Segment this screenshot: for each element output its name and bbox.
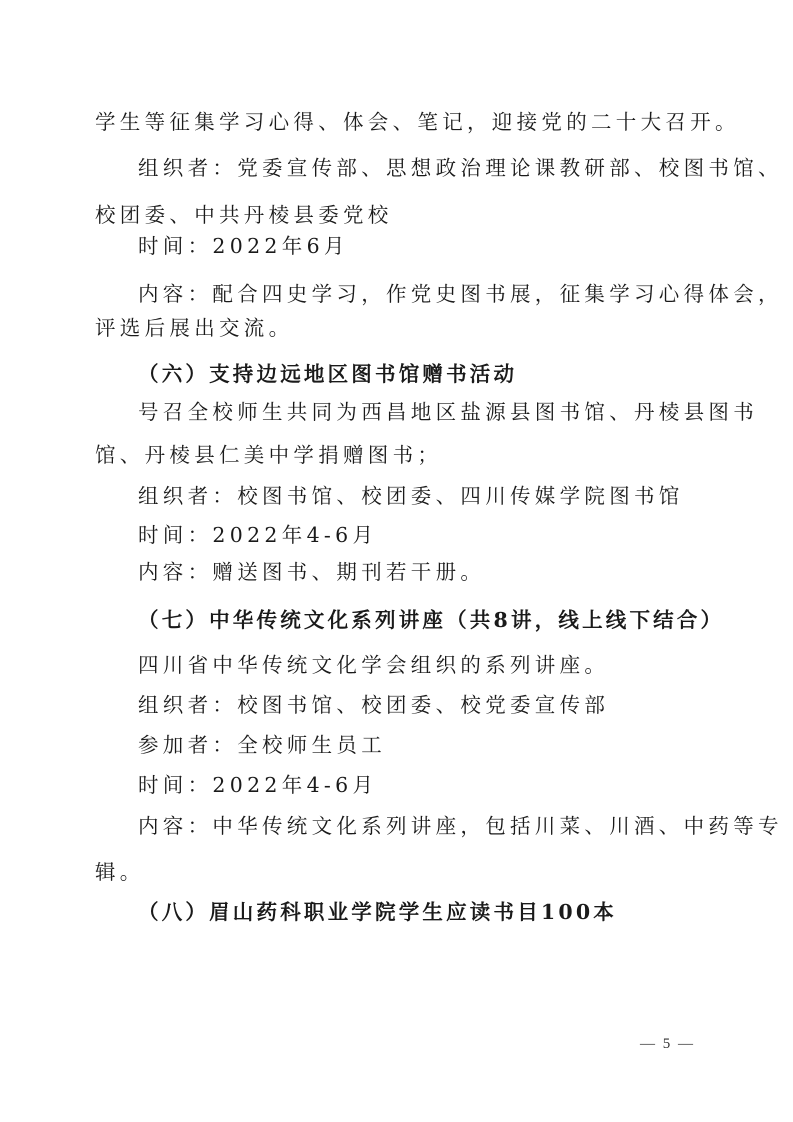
text-line: 号召全校师生共同为西昌地区盐源县图书馆、丹棱县图书 bbox=[138, 398, 758, 426]
text-line: 辑。 bbox=[95, 858, 145, 886]
page-number: — 5 — bbox=[640, 1036, 695, 1053]
text-line: 参加者：全校师生员工 bbox=[138, 731, 386, 759]
section-heading: （六）支持边远地区图书馆赠书活动 bbox=[138, 360, 517, 388]
text-line: 学生等征集学习心得、体会、笔记，迎接党的二十大召开。 bbox=[95, 108, 740, 136]
document-page: 学生等征集学习心得、体会、笔记，迎接党的二十大召开。组织者：党委宣传部、思想政治… bbox=[0, 0, 793, 1122]
text-line: 组织者：党委宣传部、思想政治理论课教研部、校图书馆、 bbox=[138, 154, 783, 182]
section-heading: （八）眉山药科职业学院学生应读书目100本 bbox=[138, 898, 617, 926]
text-line: 时间：2022年4-6月 bbox=[138, 521, 377, 549]
text-line: 馆、丹棱县仁美中学捐赠图书； bbox=[95, 441, 442, 469]
text-line: 内容：赠送图书、期刊若干册。 bbox=[138, 558, 485, 586]
text-line: 时间：2022年6月 bbox=[138, 232, 349, 260]
text-line: 四川省中华传统文化学会组织的系列讲座。 bbox=[138, 651, 609, 679]
text-line: 组织者：校图书馆、校团委、校党委宣传部 bbox=[138, 691, 609, 719]
text-line: 组织者：校图书馆、校团委、四川传媒学院图书馆 bbox=[138, 482, 684, 510]
text-line: 评选后展出交流。 bbox=[95, 314, 293, 342]
text-line: 时间：2022年4-6月 bbox=[138, 771, 377, 799]
text-line: 内容：配合四史学习，作党史图书展，征集学习心得体会， bbox=[138, 280, 783, 308]
text-line: 内容：中华传统文化系列讲座，包括川菜、川酒、中药等专 bbox=[138, 812, 783, 840]
section-heading: （七）中华传统文化系列讲座（共8讲，线上线下结合） bbox=[138, 606, 724, 634]
text-line: 校团委、中共丹棱县委党校 bbox=[95, 201, 393, 229]
